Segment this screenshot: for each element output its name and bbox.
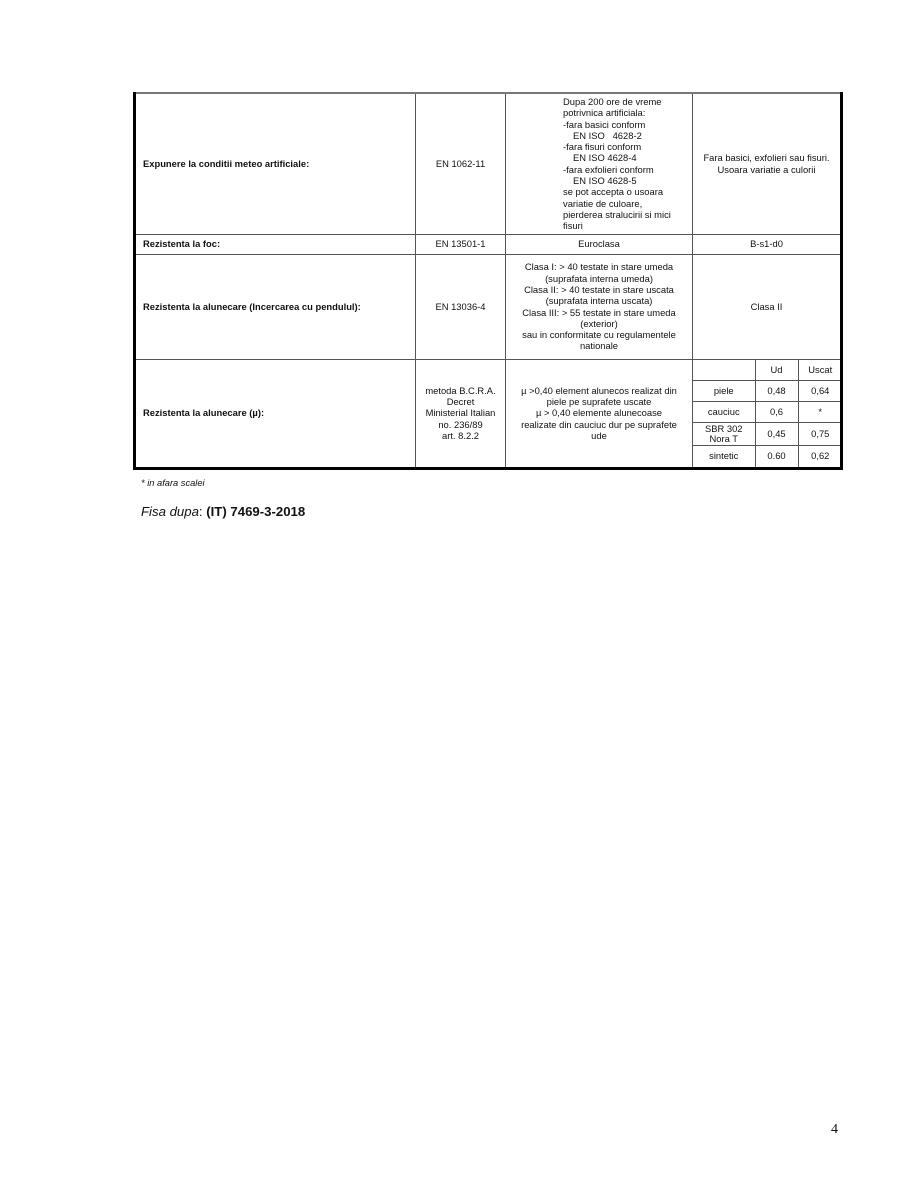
slip-results-table: Ud Uscat piele 0,48 0,64 cauciuc 0,6 — [693, 360, 842, 467]
requirement-line: se pot accepta o usoara — [563, 186, 692, 197]
requirement-line: µ > 0,40 elemente alunecoase — [506, 407, 692, 418]
requirement-line: variatie de culoare, — [563, 198, 692, 209]
specifications-table: Expunere la conditii meteo artificiale: … — [133, 92, 843, 470]
method-line: metoda B.C.R.A. — [416, 385, 505, 396]
requirement-line: Clasa III: > 55 testate in stare umeda — [506, 307, 692, 318]
source-value: (IT) 7469-3-2018 — [206, 504, 305, 519]
requirement-line: -fara basici conform — [563, 119, 692, 130]
requirement-line: EN ISO 4628-4 — [563, 152, 692, 163]
source-label: Fisa dupa — [141, 504, 199, 519]
requirement-line: ude — [506, 430, 692, 441]
material-line: Nora T — [693, 434, 755, 445]
requirement-cell: Clasa I: > 40 testate in stare umeda (su… — [506, 254, 693, 359]
property-cell: Rezistenta la alunecare (Incercarea cu p… — [135, 254, 416, 359]
requirement-line: fisuri — [563, 220, 692, 231]
requirement-line: pierderea stralucirii si mici — [563, 209, 692, 220]
requirement-line: -fara exfolieri conform — [563, 164, 692, 175]
footnote: * in afara scalei — [141, 478, 205, 488]
method-cell: EN 13501-1 — [416, 234, 506, 254]
requirement-line: Clasa II: > 40 testate in stare uscata — [506, 284, 692, 295]
table-row: Rezistenta la foc: EN 13501-1 Euroclasa … — [135, 234, 842, 254]
requirement-line: piele pe suprafete uscate — [506, 396, 692, 407]
requirement-cell: Dupa 200 ore de vreme potrivnica artific… — [506, 93, 693, 234]
slip-header-row: Ud Uscat — [693, 360, 842, 381]
property-cell: Expunere la conditii meteo artificiale: — [135, 93, 416, 234]
requirement-line: µ >0,40 element alunecos realizat din — [506, 385, 692, 396]
result-cell: B-s1-d0 — [693, 234, 842, 254]
property-cell: Rezistenta la foc: — [135, 234, 416, 254]
ud-value: 0,45 — [755, 423, 798, 446]
slip-row: SBR 302 Nora T 0,45 0,75 — [693, 423, 842, 446]
requirement-line: realizate din cauciuc dur pe suprafete — [506, 419, 692, 430]
result-line: Fara basici, exfolieri sau fisuri. — [693, 152, 840, 163]
requirement-line: nationale — [506, 340, 692, 351]
requirement-line: (suprafata interna umeda) — [506, 273, 692, 284]
uscat-value: 0,75 — [798, 423, 842, 446]
requirement-line: sau in conformitate cu regulamentele — [506, 329, 692, 340]
requirement-cell: Euroclasa — [506, 234, 693, 254]
requirement-cell: µ >0,40 element alunecos realizat din pi… — [506, 359, 693, 468]
material-cell: sintetic — [693, 446, 755, 467]
table-row: Rezistenta la alunecare (Incercarea cu p… — [135, 254, 842, 359]
method-line: no. 236/89 — [416, 419, 505, 430]
requirement-line: potrivnica artificiala: — [563, 107, 692, 118]
slip-row: cauciuc 0,6 * — [693, 402, 842, 423]
ud-value: 0,6 — [755, 402, 798, 423]
ud-value: 0.60 — [755, 446, 798, 467]
ud-value: 0,48 — [755, 381, 798, 402]
uscat-value: 0,64 — [798, 381, 842, 402]
slip-row: piele 0,48 0,64 — [693, 381, 842, 402]
result-cell: Fara basici, exfolieri sau fisuri. Usoar… — [693, 93, 842, 234]
requirement-line: EN ISO 4628-5 — [563, 175, 692, 186]
header-uscat: Uscat — [798, 360, 842, 381]
material-cell: cauciuc — [693, 402, 755, 423]
table-row: Expunere la conditii meteo artificiale: … — [135, 93, 842, 234]
requirement-line: EN ISO 4628-2 — [563, 130, 692, 141]
result-line: Usoara variatie a culorii — [693, 164, 840, 175]
header-empty — [693, 360, 755, 381]
method-cell: metoda B.C.R.A. Decret Ministerial Itali… — [416, 359, 506, 468]
table-row: Rezistenta la alunecare (µ): metoda B.C.… — [135, 359, 842, 468]
result-cell: Clasa II — [693, 254, 842, 359]
material-cell: SBR 302 Nora T — [693, 423, 755, 446]
slip-row: sintetic 0.60 0,62 — [693, 446, 842, 467]
requirement-line: Dupa 200 ore de vreme — [563, 96, 692, 107]
requirement-line: (exterior) — [506, 318, 692, 329]
method-cell: EN 13036-4 — [416, 254, 506, 359]
uscat-value: 0,62 — [798, 446, 842, 467]
method-cell: EN 1062-11 — [416, 93, 506, 234]
method-line: Ministerial Italian — [416, 407, 505, 418]
document-page: Expunere la conditii meteo artificiale: … — [0, 0, 919, 1190]
method-line: Decret — [416, 396, 505, 407]
header-ud: Ud — [755, 360, 798, 381]
material-cell: piele — [693, 381, 755, 402]
slip-results-cell: Ud Uscat piele 0,48 0,64 cauciuc 0,6 — [693, 359, 842, 468]
uscat-value: * — [798, 402, 842, 423]
requirement-line: Clasa I: > 40 testate in stare umeda — [506, 261, 692, 272]
requirement-line: -fara fisuri conform — [563, 141, 692, 152]
property-cell: Rezistenta la alunecare (µ): — [135, 359, 416, 468]
page-number: 4 — [831, 1122, 838, 1138]
source-reference: Fisa dupa: (IT) 7469-3-2018 — [141, 504, 305, 519]
method-line: art. 8.2.2 — [416, 430, 505, 441]
requirement-line: (suprafata interna uscata) — [506, 295, 692, 306]
